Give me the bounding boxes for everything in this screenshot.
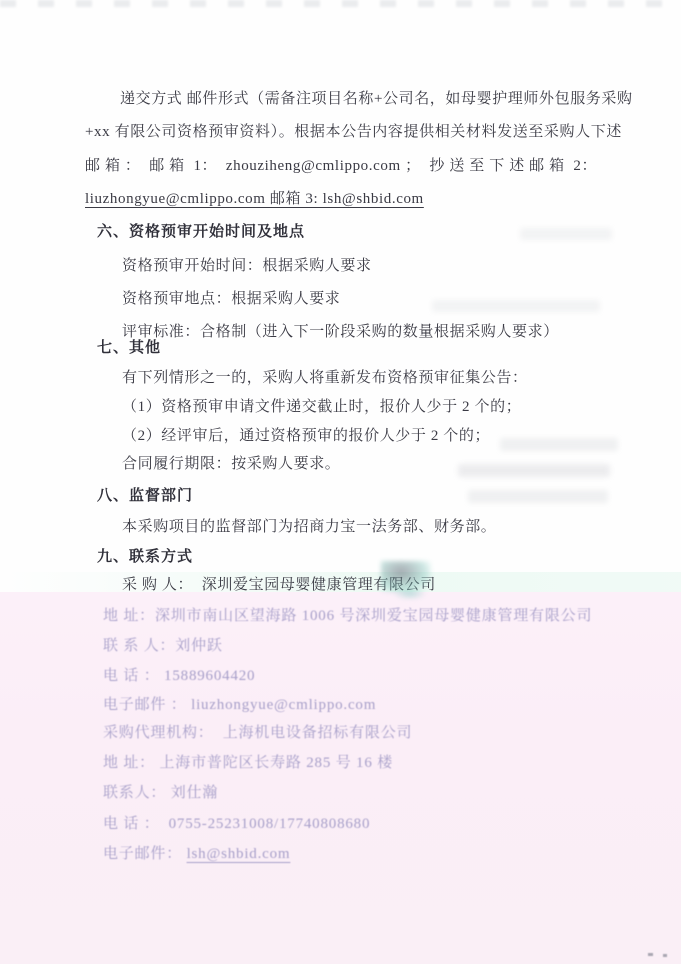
- agency-phone-line: 电 话 ： 0755-25231008/17740808680: [103, 813, 370, 835]
- submission-line-2: +xx 有限公司资格预审资料）。根据本公告内容提供相关材料发送至采购人下述: [85, 121, 622, 143]
- section-6-line-2: 资格预审地点：根据采购人要求: [122, 288, 340, 310]
- agency-email-label: 电子邮件：: [103, 846, 187, 862]
- section-8-heading: 八、监督部门: [97, 485, 193, 507]
- section-7-line-3: （2）经评审后，通过资格预审的报价人少于 2 个的；: [122, 425, 490, 447]
- section-9-heading: 九、联系方式: [97, 546, 193, 568]
- agency-name-line: 采购代理机构： 上海机电设备招标有限公司: [103, 722, 412, 744]
- scan-speck: [663, 954, 667, 957]
- scan-edge-artifact: [0, 0, 681, 7]
- section-7-line-4: 合同履行期限：按采购人要求。: [122, 453, 340, 475]
- section-6-line-1: 资格预审开始时间：根据采购人要求: [122, 255, 372, 277]
- purchaser-email-line: 电子邮件 ： liuzhongyue@cmlippo.com: [103, 694, 376, 716]
- scan-speck: [648, 953, 653, 956]
- scan-artifact: [500, 438, 618, 451]
- purchaser-address-line: 地 址：深圳市南山区望海路 1006 号深圳爱宝园母婴健康管理有限公司: [103, 605, 592, 627]
- section-8-line-1: 本采购项目的监督部门为招商力宝一法务部、财务部。: [122, 516, 496, 538]
- agency-email-line: 电子邮件： lsh@shbid.com: [103, 843, 290, 865]
- agency-address-line: 地 址： 上海市普陀区长寿路 285 号 16 楼: [103, 752, 393, 774]
- scan-artifact: [432, 300, 600, 312]
- scanned-document-page: 递交方式 邮件形式（需备注项目名称+公司名，如母婴护理师外包服务采购 +xx 有…: [0, 0, 681, 964]
- scan-artifact: [468, 490, 608, 503]
- agency-email-value: lsh@shbid.com: [187, 846, 291, 862]
- purchaser-phone-line: 电 话 ： 15889604420: [103, 665, 255, 687]
- section-6-heading: 六、资格预审开始时间及地点: [97, 221, 305, 243]
- section-6-line-3: 评审标准：合格制（进入下一阶段采购的数量根据采购人要求）: [122, 321, 559, 343]
- purchaser-contact-line: 联 系 人：刘仲跃: [103, 635, 223, 657]
- submission-line-4-emails: liuzhongyue@cmlippo.com 邮箱 3: lsh@shbid.…: [85, 188, 424, 210]
- ink-smudge: [393, 588, 427, 600]
- section-7-heading: 七、其他: [97, 337, 161, 359]
- agency-contact-line: 联系人： 刘仕瀚: [103, 782, 218, 804]
- scan-artifact: [520, 228, 612, 240]
- submission-line-1: 递交方式 邮件形式（需备注项目名称+公司名，如母婴护理师外包服务采购: [120, 88, 633, 110]
- section-7-line-1: 有下列情形之一的，采购人将重新发布资格预审征集公告：: [122, 367, 528, 389]
- submission-line-3: 邮 箱 ： 邮 箱 1： zhouziheng@cmlippo.com ； 抄 …: [85, 155, 597, 177]
- scan-artifact: [458, 464, 610, 477]
- section-7-line-2: （1）资格预审申请文件递交截止时，报价人少于 2 个的；: [122, 396, 521, 418]
